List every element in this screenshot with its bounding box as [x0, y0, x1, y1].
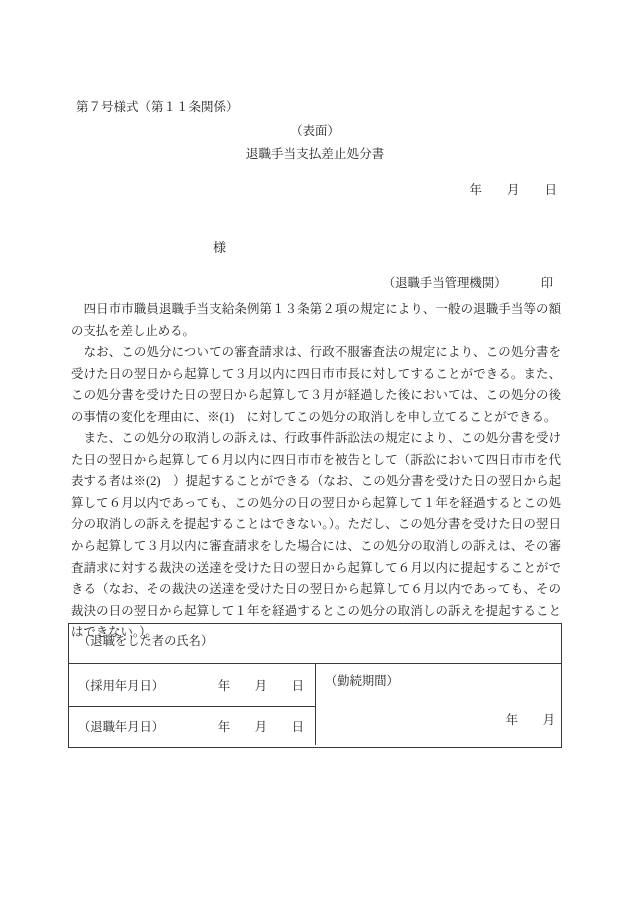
hire-date-value: 年 月 日 [218, 676, 304, 694]
retiree-name-cell: （退職をした者の氏名） [69, 624, 561, 664]
addressee-honorific: 様 [213, 240, 226, 255]
retire-date-label: （退職年月日） [78, 717, 164, 735]
document-title: 退職手当支払差止処分書 [0, 143, 630, 162]
body-text: 四日市市職員退職手当支給条例第１３条第２項の規定により、一般の退職手当等の額の支… [71, 299, 561, 644]
retire-date-cell: （退職年月日） 年 月 日 [69, 707, 316, 745]
paragraph-review-request: なお、この処分についての審査請求は、行政不服審査法の規定により、この処分書を受け… [71, 342, 561, 428]
form-number-label: 第７号様式（第１１条関係） [76, 97, 239, 115]
retire-date-value: 年 月 日 [218, 717, 304, 735]
service-period-value: 年 月 [506, 710, 555, 728]
hire-date-label: （採用年月日） [78, 676, 164, 694]
addressee-line: 様 [200, 221, 226, 272]
document-side-label: （表面） [0, 121, 630, 139]
issuer-label: （退職手当管理機関） [383, 276, 507, 290]
retiree-name-label: （退職をした者の氏名） [78, 634, 213, 648]
paragraph-payment-suspension: 四日市市職員退職手当支給条例第１３条第２項の規定により、一般の退職手当等の額の支… [71, 299, 561, 342]
retiree-info-table: （退職をした者の氏名） （採用年月日） 年 月 日 （勤続期間） 年 月 （退職… [68, 623, 562, 748]
issue-date-line: 年 月 日 [469, 180, 557, 198]
hire-date-cell: （採用年月日） 年 月 日 [69, 664, 316, 707]
seal-mark: 印 [541, 276, 553, 290]
paragraph-revocation-suit: また、この処分の取消しの訴えは、行政事件訴訟法の規定により、この処分書を受けた日… [71, 428, 561, 643]
service-period-label: （勤続期間） [325, 674, 399, 688]
service-period-cell: （勤続期間） 年 月 [316, 664, 561, 745]
form-page: 第７号様式（第１１条関係） （表面） 退職手当支払差止処分書 年 月 日 様 （… [0, 0, 630, 915]
